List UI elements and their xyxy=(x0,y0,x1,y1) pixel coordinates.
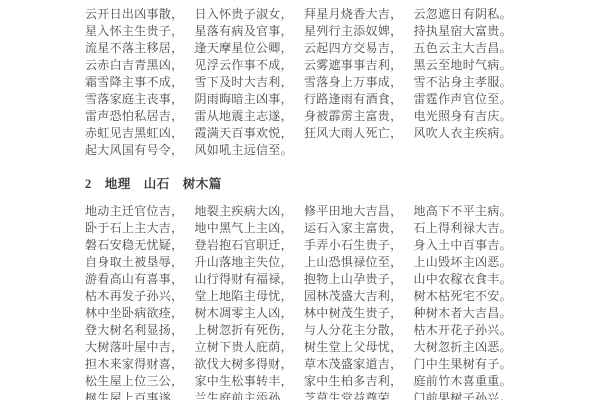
verse-clause: 游看高山有喜事， xyxy=(85,271,195,288)
verse-clause: 与人分花主分散， xyxy=(304,322,414,339)
verse-clause: 雪落家庭主丧事， xyxy=(85,91,195,108)
verse-clause: 霞满天百事欢悦， xyxy=(195,125,305,142)
verse-line: 磐石安稳无忧疑，登岩抱石官职迁，手弄小石生贵子，身入土中百事吉。 xyxy=(85,237,523,254)
verse-clause: 黑云至地时气病。 xyxy=(414,57,524,74)
verse-line: 林中坐卧病欲痊，树木凋零主人凶，林中树茂生贵子，种树木者大吉昌。 xyxy=(85,305,523,322)
verse-clause: 上山恐惧禄位至， xyxy=(304,254,414,271)
verse-clause: 风吹人衣主疾病。 xyxy=(414,125,524,142)
verse-clause: 雪落身上万事成， xyxy=(304,74,414,91)
verse-clause: 五色云主大吉昌。 xyxy=(414,40,524,57)
verse-clause: 自身取土被垦辱， xyxy=(85,254,195,271)
verse-line: 松生屋上位三公，家中生松事转丰，家中生柏多吉利，庭前竹木喜重重。 xyxy=(85,373,523,390)
verse-clause: 大树落叶屋中吉， xyxy=(85,339,195,356)
verse-clause: 上山毁坏主凶恶。 xyxy=(414,254,524,271)
verse-line: 自身取土被垦辱，升山落地主失位，上山恐惧禄位至，上山毁坏主凶恶。 xyxy=(85,254,523,271)
verse-clause: 庭前竹木喜重重。 xyxy=(414,373,524,390)
verse-line: 大树落叶屋中吉，立树下贵人庇荫，树生堂上父母忧，大树忽折主凶恶。 xyxy=(85,339,523,356)
section-heading: 2 地理 山石 树木篇 xyxy=(85,176,222,193)
verse-line: 流星不落主移居，逢天摩星位公卿，云起四方交易吉，五色云主大吉昌。 xyxy=(85,40,523,57)
verse-clause: 身被霹雳主富贵， xyxy=(304,108,414,125)
verse-clause: 云赤白吉青黑凶， xyxy=(85,57,195,74)
verse-line: 云赤白吉青黑凶，见浮云作事不成，云雾遮事事吉利，黑云至地时气病。 xyxy=(85,57,523,74)
verse-line: 担木来家得财喜，欲伐大树多得财，草木茂盛家道吉，门中生果树有子。 xyxy=(85,356,523,373)
verse-clause: 大树忽折主凶恶。 xyxy=(414,339,524,356)
verse-clause: 担木来家得财喜， xyxy=(85,356,195,373)
verse-line: 游看高山有喜事，山行得财有福禄，抱物上山孕贵子，山中农稼衣食丰。 xyxy=(85,271,523,288)
verse-clause: 雷从地震主志遂， xyxy=(195,108,305,125)
verse-clause: 立树下贵人庇荫， xyxy=(195,339,305,356)
verse-clause: 石上得利禄大吉。 xyxy=(414,220,524,237)
verse-clause: 身入土中百事吉。 xyxy=(414,237,524,254)
verse-clause: 枫生屋上百事遂， xyxy=(85,390,195,400)
verse-clause: 抱物上山孕贵子， xyxy=(304,271,414,288)
verse-clause: 雪下及时大吉利， xyxy=(195,74,305,91)
verse-clause: 上树忽折有死伤， xyxy=(195,322,305,339)
document-page: 云开日出凶事散，日入怀贵子淑女，拜星月烧香大吉，云忽遮日有阴私。星入怀主生贵子，… xyxy=(0,0,600,400)
verse-line: 地动主迁官位吉，地裂主疾病大凶，修平田地大吉昌，地高下不平主病。 xyxy=(85,203,523,220)
verse-clause: 云忽遮日有阴私。 xyxy=(414,6,524,23)
verse-clause: 日入怀贵子淑女， xyxy=(195,6,305,23)
verse-clause: 堂上地陷主母忧， xyxy=(195,288,305,305)
verse-clause: 磐石安稳无忧疑， xyxy=(85,237,195,254)
verse-line: 赤虹见吉黑虹凶，霞满天百事欢悦，狂风大雨人死亡，风吹人衣主疾病。 xyxy=(85,125,523,142)
verse-clause: 林中坐卧病欲痊， xyxy=(85,305,195,322)
verse-line: 雪落家庭主丧事，阴雨晦暗主凶事，行路逢雨有酒食，雷霆作声官位至。 xyxy=(85,91,523,108)
verse-line: 卧于石上主大吉，地中黑气上主凶，运石入家主富贵，石上得利禄大吉。 xyxy=(85,220,523,237)
verse-clause: 流星不落主移居， xyxy=(85,40,195,57)
verse-line: 枯木再发子孙兴，堂上地陷主母忧，园林茂盛大吉利，树木枯死宅不安。 xyxy=(85,288,523,305)
verse-clause: 松生屋上位三公， xyxy=(85,373,195,390)
verse-clause: 拜星月烧香大吉， xyxy=(304,6,414,23)
verse-clause: 行路逢雨有酒食， xyxy=(304,91,414,108)
verse-clause: 卧于石上主大吉， xyxy=(85,220,195,237)
verse-clause: 赤虹见吉黑虹凶， xyxy=(85,125,195,142)
verse-line: 起大风国有号令，风如吼主远信至。 xyxy=(85,142,523,159)
verse-clause: 雷霆作声官位至。 xyxy=(414,91,524,108)
section-geography-verses: 地动主迁官位吉，地裂主疾病大凶，修平田地大吉昌，地高下不平主病。卧于石上主大吉，… xyxy=(85,203,523,400)
verse-clause: 运石入家主富贵， xyxy=(304,220,414,237)
verse-clause: 树木枯死宅不安。 xyxy=(414,288,524,305)
verse-clause: 枯木开花子孙兴。 xyxy=(414,322,524,339)
verse-clause: 林中树茂生贵子， xyxy=(304,305,414,322)
verse-line: 霜雪降主事不成，雪下及时大吉利，雪落身上万事成，雪不沾身主孝服。 xyxy=(85,74,523,91)
verse-clause: 门前果树子孙兴。 xyxy=(414,390,524,400)
verse-clause: 云雾遮事事吉利， xyxy=(304,57,414,74)
verse-clause: 修平田地大吉昌， xyxy=(304,203,414,220)
verse-clause: 兰生庭前主添孙， xyxy=(195,390,305,400)
verse-clause: 园林茂盛大吉利， xyxy=(304,288,414,305)
verse-clause: 地中黑气上主凶， xyxy=(195,220,305,237)
verse-clause: 雪不沾身主孝服。 xyxy=(414,74,524,91)
verse-clause: 见浮云作事不成， xyxy=(195,57,305,74)
verse-clause: 霜雪降主事不成， xyxy=(85,74,195,91)
verse-clause: 星列行主添奴婢， xyxy=(304,23,414,40)
verse-clause: 云开日出凶事散， xyxy=(85,6,195,23)
verse-clause: 树生堂上父母忧， xyxy=(304,339,414,356)
verse-line: 雷声恐怕私居吉，雷从地震主志遂，身被霹雳主富贵，电光照身有吉庆。 xyxy=(85,108,523,125)
verse-line: 登大树名利显扬，上树忽折有死伤，与人分花主分散，枯木开花子孙兴。 xyxy=(85,322,523,339)
verse-clause: 起大风国有号令， xyxy=(85,142,195,159)
verse-clause: 家中生松事转丰， xyxy=(195,373,305,390)
verse-clause: 云起四方交易吉， xyxy=(304,40,414,57)
verse-clause: 星落有病及官事， xyxy=(195,23,305,40)
verse-clause: 持执星宿大富贵。 xyxy=(414,23,524,40)
verse-clause: 雷声恐怕私居吉， xyxy=(85,108,195,125)
verse-clause: 芝草生堂益尊荣， xyxy=(304,390,414,400)
verse-clause: 登大树名利显扬， xyxy=(85,322,195,339)
verse-clause: 风如吼主远信至。 xyxy=(195,142,305,159)
verse-clause: 地高下不平主病。 xyxy=(414,203,524,220)
verse-clause: 山行得财有福禄， xyxy=(195,271,305,288)
verse-clause: 手弄小石生贵子， xyxy=(304,237,414,254)
section-astronomy-verses: 云开日出凶事散，日入怀贵子淑女，拜星月烧香大吉，云忽遮日有阴私。星入怀主生贵子，… xyxy=(85,6,523,159)
verse-clause: 升山落地主失位， xyxy=(195,254,305,271)
verse-clause: 山中农稼衣食丰。 xyxy=(414,271,524,288)
verse-line: 枫生屋上百事遂，兰生庭前主添孙，芝草生堂益尊荣，门前果树子孙兴。 xyxy=(85,390,523,400)
verse-clause: 狂风大雨人死亡， xyxy=(304,125,414,142)
verse-line: 星入怀主生贵子，星落有病及官事，星列行主添奴婢，持执星宿大富贵。 xyxy=(85,23,523,40)
verse-clause: 阴雨晦暗主凶事， xyxy=(195,91,305,108)
verse-clause: 欲伐大树多得财， xyxy=(195,356,305,373)
verse-clause: 门中生果树有子。 xyxy=(414,356,524,373)
verse-clause: 逢天摩星位公卿， xyxy=(195,40,305,57)
verse-clause: 星入怀主生贵子， xyxy=(85,23,195,40)
verse-clause: 种树木者大吉昌。 xyxy=(414,305,524,322)
verse-clause: 电光照身有吉庆。 xyxy=(414,108,524,125)
verse-clause: 地裂主疾病大凶， xyxy=(195,203,305,220)
verse-clause: 地动主迁官位吉， xyxy=(85,203,195,220)
verse-clause: 草木茂盛家道吉， xyxy=(304,356,414,373)
verse-clause: 枯木再发子孙兴， xyxy=(85,288,195,305)
verse-clause: 家中生柏多吉利， xyxy=(304,373,414,390)
verse-clause: 树木凋零主人凶， xyxy=(195,305,305,322)
verse-clause: 登岩抱石官职迁， xyxy=(195,237,305,254)
verse-line: 云开日出凶事散，日入怀贵子淑女，拜星月烧香大吉，云忽遮日有阴私。 xyxy=(85,6,523,23)
